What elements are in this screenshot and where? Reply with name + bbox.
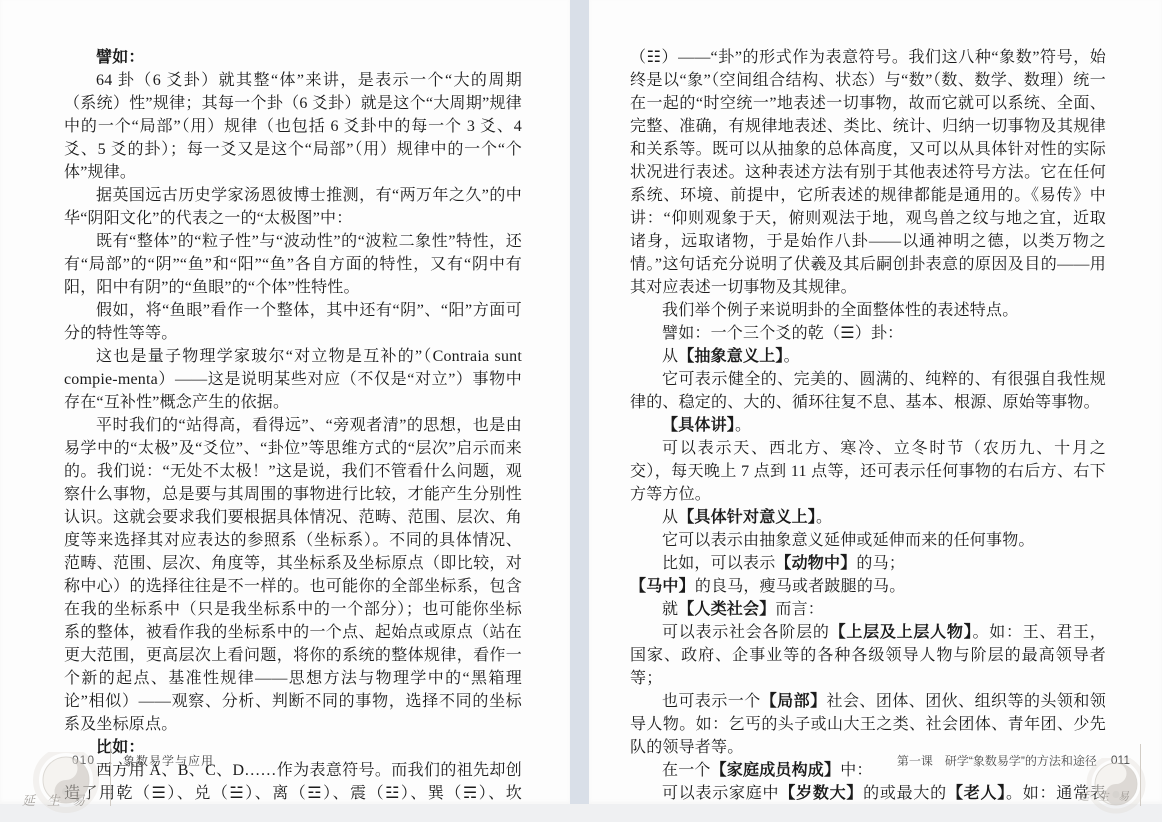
paragraph: 从【抽象意义上】。 [630, 345, 1106, 368]
paragraph: 从【具体针对意义上】。 [630, 506, 1106, 529]
book-title: 象数易学与应用 [123, 752, 214, 769]
body-text: （☷）——“卦”的形式作为表意符号。我们这八种“象数”符号，始终是以“象”（空间… [630, 49, 1106, 296]
body-text: 可以表示天、西北方、寒冷、立冬时节（农历九、十月之交），每天晚上 7 点到 11… [630, 440, 1106, 503]
body-text: 据英国远古历史学家汤恩彼博士推测，有“两万年之久”的中华“阴阳文化”的代表之一的… [64, 187, 522, 227]
body-text: 它可表示健全的、完美的、圆满的、纯粹的、有很强自我性规律的、稳定的、大的、循环往… [630, 371, 1106, 411]
paragraph: 比如，可以表示【动物中】的马； [630, 552, 1106, 575]
paragraph: 64 卦（6 爻卦）就其整“体”来讲，是表示一个“大的周期（系统）性”规律；其每… [64, 69, 522, 184]
body-text: 可以表示家庭中 [662, 785, 779, 802]
left-page-footer: 010 象数易学与应用 [72, 750, 214, 770]
emphasis-text: 【老人】 [947, 785, 1006, 802]
footer-divider-left [110, 744, 111, 806]
emphasis-text: 【人类社会】 [678, 601, 775, 618]
emphasis-text: 【具体讲】 [662, 417, 735, 434]
right-page-footer: 第一课 研学“象数易学”的方法和途径 011 [589, 750, 1130, 770]
body-text: 既有“整体”的“粒子性”与“波动性”的“波粒二象性”特性，还有“局部”的“阴”“… [64, 233, 522, 296]
scan-bottom-edge [0, 804, 1162, 822]
paragraph: 【具体讲】。 [630, 414, 1106, 437]
emphasis-text: 【抽象意义上】 [678, 348, 783, 365]
paragraph: 这也是量子物理学家玻尔“对立物是互补的”（Contraia sunt compi… [64, 345, 522, 414]
emphasis-text: 【动物中】 [775, 555, 856, 572]
paragraph: 据英国远古历史学家汤恩彼博士推测，有“两万年之久”的中华“阴阳文化”的代表之一的… [64, 184, 522, 230]
watermark-logo-text: 延生易 [1078, 788, 1138, 804]
paragraph: 它可以表示由抽象意义延伸或延伸而来的任何事物。 [630, 529, 1106, 552]
emphasis-text: 【具体针对意义上】 [678, 509, 816, 526]
left-page-number: 010 [72, 753, 95, 767]
body-text: 它可以表示由抽象意义延伸或延伸而来的任何事物。 [662, 532, 1035, 549]
watermark-logo-text: 延生易 [22, 790, 97, 809]
paragraph: 就【人类社会】而言： [630, 598, 1106, 621]
paragraph: 譬如： [64, 46, 522, 69]
paragraph: 它可表示健全的、完美的、圆满的、纯粹的、有很强自我性规律的、稳定的、大的、循环往… [630, 368, 1106, 414]
right-page-number: 011 [1111, 753, 1130, 767]
body-text: 就 [662, 601, 678, 618]
book-spread: 譬如：64 卦（6 爻卦）就其整“体”来讲，是表示一个“大的周期（系统）性”规律… [0, 0, 1162, 822]
body-text: 。 [735, 417, 751, 434]
body-text: 从 [662, 348, 678, 365]
emphasis-text: 【马中】 [630, 578, 695, 595]
body-text: 假如，将“鱼眼”看作一个整体，其中还有“阴”、“阳”方面可分的特性等等。 [64, 302, 522, 342]
paragraph: 【马中】的良马，瘦马或者跛腿的马。 [630, 575, 1106, 598]
body-text: 譬如：一个三个爻的乾（☰）卦： [662, 325, 903, 342]
emphasis-text: 【岁数大】 [779, 785, 863, 802]
body-text: 。 [784, 348, 800, 365]
body-text: 我们举个例子来说明卦的全面整体性的表述特点。 [662, 302, 1018, 319]
body-text: 的或最大的 [863, 785, 947, 802]
chapter-title: 第一课 研学“象数易学”的方法和途径 [897, 752, 1097, 769]
body-text: 。 [816, 509, 832, 526]
paragraph: （☷）——“卦”的形式作为表意符号。我们这八种“象数”符号，始终是以“象”（空间… [630, 46, 1106, 299]
body-text: 64 卦（6 爻卦）就其整“体”来讲，是表示一个“大的周期（系统）性”规律；其每… [64, 72, 522, 181]
paragraph: 既有“整体”的“粒子性”与“波动性”的“波粒二象性”特性，还有“局部”的“阴”“… [64, 230, 522, 299]
body-text: 从 [662, 509, 678, 526]
paragraph: 可以表示天、西北方、寒冷、立冬时节（农历九、十月之交），每天晚上 7 点到 11… [630, 437, 1106, 506]
paragraph: 平时我们的“站得高，看得远”、“旁观者清”的思想，也是由易学中的“太极”及“爻位… [64, 414, 522, 736]
body-text: 而言： [775, 601, 824, 618]
body-text: 比如，可以表示 [662, 555, 775, 572]
page-gutter [570, 0, 589, 822]
right-page: （☷）——“卦”的形式作为表意符号。我们这八种“象数”符号，始终是以“象”（空间… [589, 0, 1162, 804]
body-text: 的马； [856, 555, 905, 572]
body-text: 可以表示社会各阶层的 [662, 624, 830, 641]
body-text: 这也是量子物理学家玻尔“对立物是互补的”（Contraia sunt compi… [64, 348, 522, 411]
paragraph: 也可表示一个【局部】社会、团体、团伙、组织等的头领和领导人物。如：乞丐的头子或山… [630, 690, 1106, 759]
paragraph: 譬如：一个三个爻的乾（☰）卦： [630, 322, 1106, 345]
right-page-body: （☷）——“卦”的形式作为表意符号。我们这八种“象数”符号，始终是以“象”（空间… [630, 46, 1106, 822]
left-page-body: 譬如：64 卦（6 爻卦）就其整“体”来讲，是表示一个“大的周期（系统）性”规律… [64, 46, 522, 822]
emphasis-text: 【局部】 [761, 693, 827, 710]
body-text: 平时我们的“站得高，看得远”、“旁观者清”的思想，也是由易学中的“太极”及“爻位… [64, 417, 522, 733]
footer-divider-right [1140, 744, 1141, 806]
paragraph: 我们举个例子来说明卦的全面整体性的表述特点。 [630, 299, 1106, 322]
paragraph: 可以表示社会各阶层的【上层及上层人物】。如：王、君王，国家、政府、企事业等的各种… [630, 621, 1106, 690]
emphasis-text: 【上层及上层人物】 [830, 624, 973, 641]
body-text: 也可表示一个 [662, 693, 761, 710]
paragraph: 假如，将“鱼眼”看作一个整体，其中还有“阴”、“阳”方面可分的特性等等。 [64, 299, 522, 345]
left-page: 譬如：64 卦（6 爻卦）就其整“体”来讲，是表示一个“大的周期（系统）性”规律… [0, 0, 570, 804]
body-text: 的良马，瘦马或者跛腿的马。 [695, 578, 906, 595]
emphasis-text: 譬如： [96, 49, 145, 66]
